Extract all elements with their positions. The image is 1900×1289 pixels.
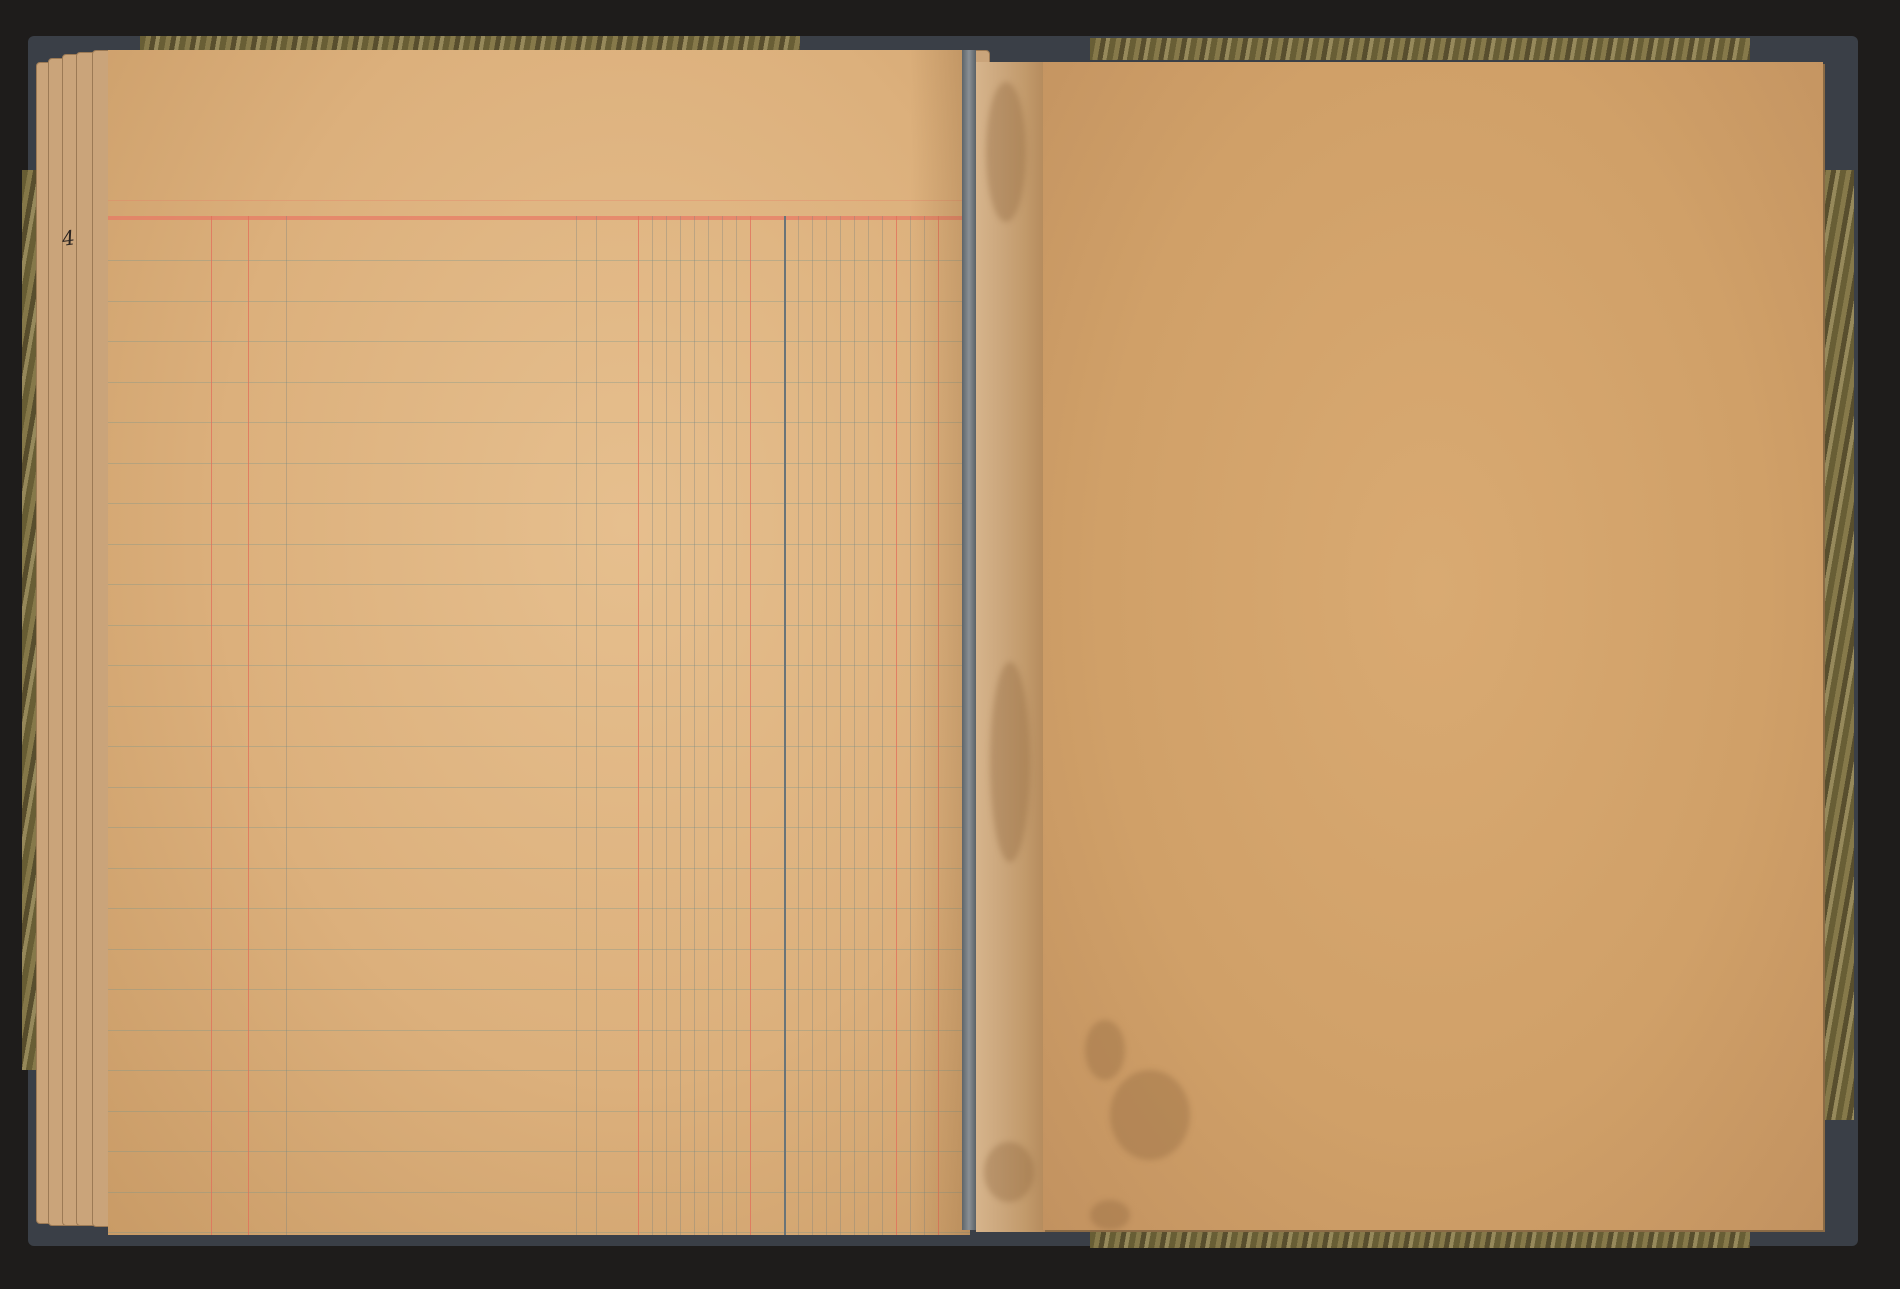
column-rule xyxy=(576,216,577,1235)
column-rule xyxy=(694,216,695,1235)
column-rule xyxy=(812,216,813,1235)
right-endpaper xyxy=(1043,62,1823,1230)
column-rule xyxy=(784,216,786,1235)
column-rule xyxy=(750,216,751,1235)
water-stain xyxy=(1110,1070,1190,1160)
marbled-edge-bottom-right xyxy=(1090,1232,1750,1248)
marbled-edge-left xyxy=(22,170,36,1070)
column-rule xyxy=(708,216,709,1235)
column-rule xyxy=(652,216,653,1235)
water-stain xyxy=(986,82,1026,222)
column-rule xyxy=(666,216,667,1235)
column-rule xyxy=(638,216,639,1235)
column-rule xyxy=(680,216,681,1235)
water-stain xyxy=(990,662,1030,862)
column-rule xyxy=(840,216,841,1235)
water-stain xyxy=(984,1142,1034,1202)
binding-stub xyxy=(976,62,1046,1232)
water-stain xyxy=(1085,1020,1125,1080)
column-rule xyxy=(596,216,597,1235)
column-rule xyxy=(896,216,897,1235)
column-rule xyxy=(736,216,737,1235)
marbled-edge-top-right xyxy=(1090,38,1750,60)
margin-pencil-mark: 4 xyxy=(60,225,76,251)
column-rule xyxy=(868,216,869,1235)
water-stain xyxy=(1090,1200,1130,1230)
book-spine xyxy=(962,50,976,1230)
column-rule xyxy=(211,216,212,1235)
column-rule xyxy=(722,216,723,1235)
column-rule xyxy=(826,216,827,1235)
column-rule xyxy=(882,216,883,1235)
column-rule xyxy=(248,216,249,1235)
column-rule xyxy=(854,216,855,1235)
top-faint-rule xyxy=(108,200,970,201)
marbled-edge-right xyxy=(1820,170,1854,1120)
left-ledger-page xyxy=(108,50,970,1235)
column-rule xyxy=(798,216,799,1235)
page-shadow xyxy=(910,50,970,1235)
column-rule xyxy=(286,216,287,1235)
